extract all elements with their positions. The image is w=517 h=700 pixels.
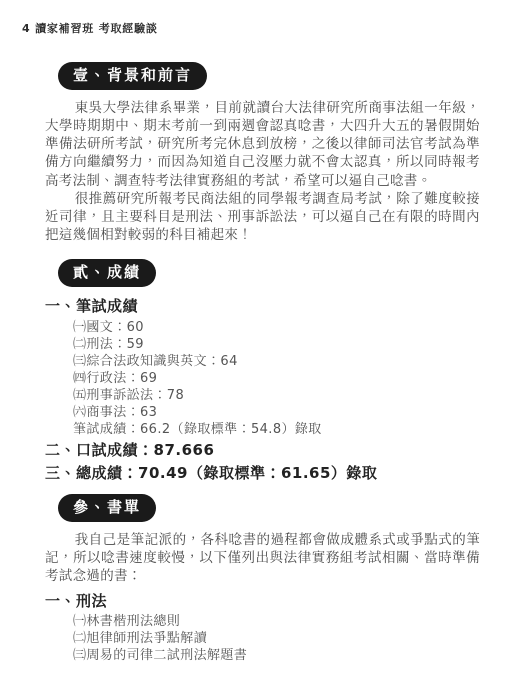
total-score-line: 三、總成績：70.49（錄取標準：61.65）錄取 xyxy=(45,463,480,484)
written-score-total: 筆試成績：66.2（錄取標準：54.8）錄取 xyxy=(73,421,480,438)
page-content: 壹、背景和前言 東吳大學法律系畢業，目前就讀台大法律研究所商事法組一年級，大學時… xyxy=(45,0,480,664)
section-title-grades: 貳、成績 xyxy=(58,259,156,287)
written-score-item: ㈣行政法：69 xyxy=(73,370,480,387)
book-item: ㈢周易的司律二試刑法解題書 xyxy=(73,647,480,664)
written-scores-list: ㈠國文：60 ㈡刑法：59 ㈢綜合法政知識與英文：64 ㈣行政法：69 ㈤刑事訴… xyxy=(45,319,480,438)
oral-score-line: 二、口試成績：87.666 xyxy=(45,440,480,461)
background-paragraph-2: 很推薦研究所報考民商法組的同學報考調查局考試，除了難度較接近司律，且主要科目是刑… xyxy=(45,190,480,245)
section-title-background: 壹、背景和前言 xyxy=(58,62,207,90)
written-score-item: ㈤刑事訴訟法：78 xyxy=(73,387,480,404)
written-score-item: ㈡刑法：59 xyxy=(73,336,480,353)
booklist-paragraphs: 我自己是筆記派的，各科唸書的過程都會做成體系式或爭點式的筆記，所以唸書速度較慢，… xyxy=(45,531,480,586)
booklist-subject-heading: 一、刑法 xyxy=(45,591,480,611)
document-page: 4 讀家補習班 考取經驗談 壹、背景和前言 東吳大學法律系畢業，目前就讀台大法律… xyxy=(0,0,517,700)
written-score-item: ㈠國文：60 xyxy=(73,319,480,336)
booklist-paragraph: 我自己是筆記派的，各科唸書的過程都會做成體系式或爭點式的筆記，所以唸書速度較慢，… xyxy=(45,531,480,586)
written-score-item: ㈢綜合法政知識與英文：64 xyxy=(73,353,480,370)
booklist-items: ㈠林書楷刑法總則 ㈡旭律師刑法爭點解讀 ㈢周易的司律二試刑法解題書 xyxy=(45,613,480,664)
written-score-item: ㈥商事法：63 xyxy=(73,404,480,421)
background-paragraphs: 東吳大學法律系畢業，目前就讀台大法律研究所商事法組一年級，大學時期期中、期末考前… xyxy=(45,99,480,245)
book-item: ㈡旭律師刑法爭點解讀 xyxy=(73,630,480,647)
section-title-booklist: 參、書單 xyxy=(58,494,156,522)
written-scores-heading: 一、筆試成績 xyxy=(45,296,480,316)
book-item: ㈠林書楷刑法總則 xyxy=(73,613,480,630)
background-paragraph-1: 東吳大學法律系畢業，目前就讀台大法律研究所商事法組一年級，大學時期期中、期末考前… xyxy=(45,99,480,190)
